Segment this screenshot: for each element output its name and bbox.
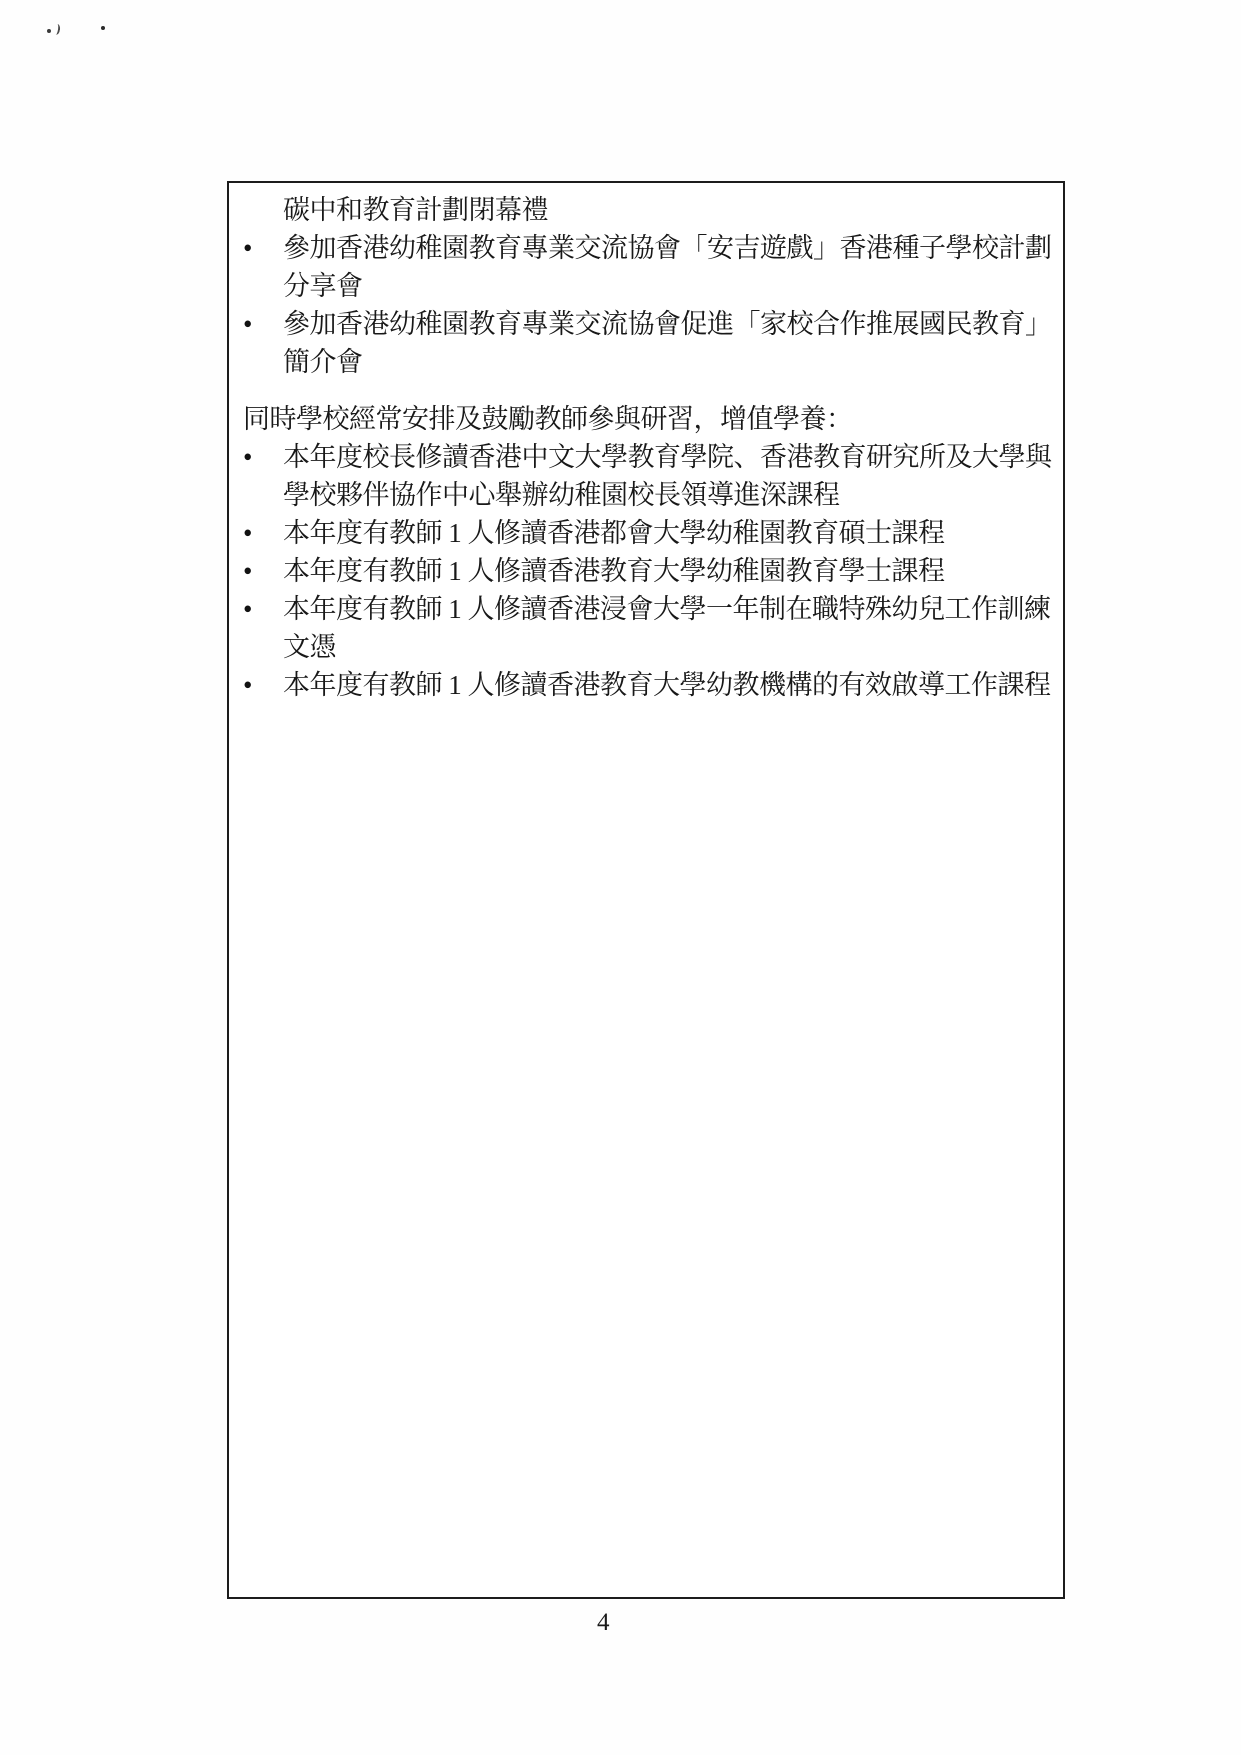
bullet-text: 本年度有教師 1 人修讀香港都會大學幼稚園教育碩士課程 xyxy=(283,514,945,552)
page-number: 4 xyxy=(597,1606,610,1640)
bullet-item: • 參加香港幼稚園教育專業交流協會「安吉遊戲」香港種子學校計劃分享會 xyxy=(243,229,1053,305)
bullet-icon: • xyxy=(243,514,283,552)
bullet-icon: • xyxy=(243,552,283,590)
bullet-item: • 本年度校長修讀香港中文大學教育學院、香港教育研究所及大學與學校夥伴協作中心舉… xyxy=(243,438,1053,514)
scan-artifact-dot xyxy=(101,26,105,30)
bullet-text: 本年度有教師 1 人修讀香港浸會大學一年制在職特殊幼兒工作訓練文憑 xyxy=(283,590,1053,666)
bullet-icon: • xyxy=(243,438,283,476)
bullet-icon: • xyxy=(243,229,283,267)
bullet-icon: • xyxy=(243,305,283,343)
bullet-text: 本年度有教師 1 人修讀香港教育大學幼稚園教育學士課程 xyxy=(283,552,945,590)
bullet-item: • 本年度有教師 1 人修讀香港教育大學幼教機構的有效啟導工作課程 xyxy=(243,666,1053,704)
bullet-item: • 本年度有教師 1 人修讀香港教育大學幼稚園教育學士課程 xyxy=(243,552,1053,590)
scanned-page: 碳中和教育計劃閉幕禮 • 參加香港幼稚園教育專業交流協會「安吉遊戲」香港種子學校… xyxy=(0,0,1241,1755)
bullet-text: 參加香港幼稚園教育專業交流協會「安吉遊戲」香港種子學校計劃分享會 xyxy=(283,229,1053,305)
bullet-text: 參加香港幼稚園教育專業交流協會促進「家校合作推展國民教育」簡介會 xyxy=(283,305,1053,381)
bullet-item: • 本年度有教師 1 人修讀香港都會大學幼稚園教育碩士課程 xyxy=(243,514,1053,552)
bullet-text: 本年度有教師 1 人修讀香港教育大學幼教機構的有效啟導工作課程 xyxy=(283,666,1051,704)
scan-artifact-dot xyxy=(47,29,51,33)
section-paragraph: 同時學校經常安排及鼓勵教師參與研習，增值學養： xyxy=(243,400,1053,438)
scan-artifact-curve xyxy=(54,24,61,36)
bullet-item: • 參加香港幼稚園教育專業交流協會促進「家校合作推展國民教育」簡介會 xyxy=(243,305,1053,381)
continuation-line: 碳中和教育計劃閉幕禮 xyxy=(283,191,548,229)
bullet-item: • 本年度有教師 1 人修讀香港浸會大學一年制在職特殊幼兒工作訓練文憑 xyxy=(243,590,1053,666)
continuation-line-row: 碳中和教育計劃閉幕禮 xyxy=(243,191,1053,229)
bullet-text: 本年度校長修讀香港中文大學教育學院、香港教育研究所及大學與學校夥伴協作中心舉辦幼… xyxy=(283,438,1053,514)
document-frame: 碳中和教育計劃閉幕禮 • 參加香港幼稚園教育專業交流協會「安吉遊戲」香港種子學校… xyxy=(227,181,1065,1599)
bullet-icon: • xyxy=(243,590,283,628)
bullet-icon: • xyxy=(243,666,283,704)
